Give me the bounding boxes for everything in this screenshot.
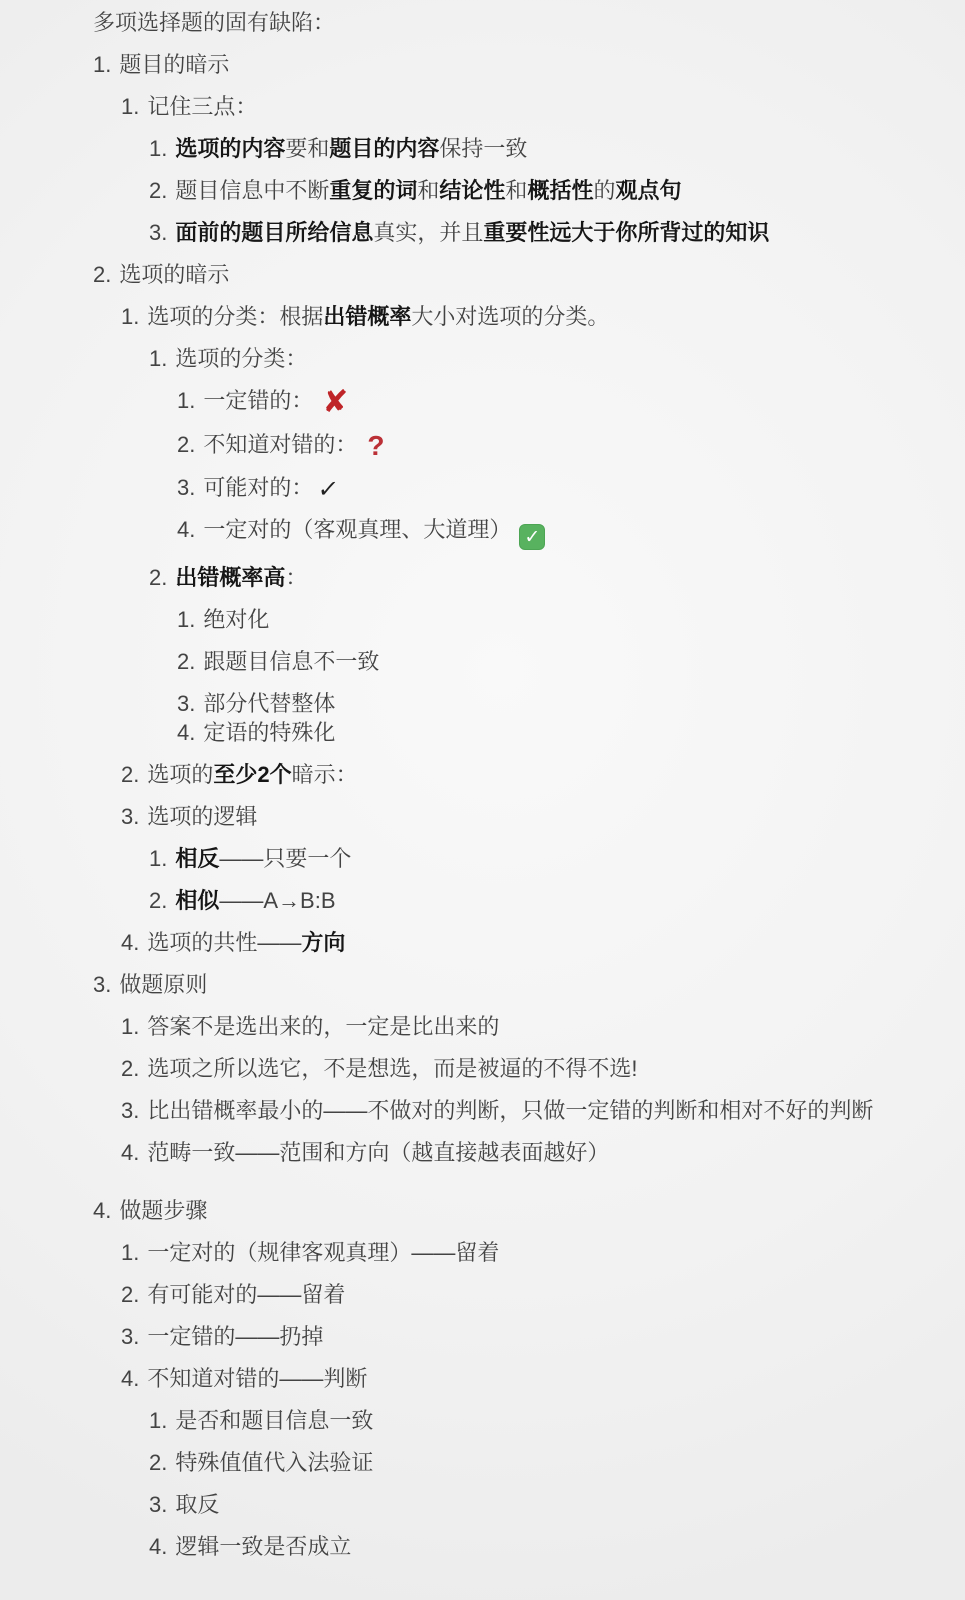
list-item: 1.绝对化 <box>0 605 965 634</box>
list-item-content: 做题原则 <box>119 972 207 997</box>
text-segment: 可能对的： <box>203 475 313 500</box>
list-item-content: 选项的共性——方向 <box>147 930 345 955</box>
bold-text: 方向 <box>301 930 345 955</box>
list-item-content: 选项的至少2个暗示： <box>147 762 357 787</box>
list-item: 4.定语的特殊化 <box>0 718 965 747</box>
bold-text: 选项的内容 <box>175 136 285 161</box>
list-item: 2.不知道对错的：? <box>0 430 965 460</box>
bold-text: 题目的内容 <box>329 136 439 161</box>
list-item: 1.是否和题目信息一致 <box>0 1406 965 1435</box>
list-item-content: 可能对的：✓ <box>203 475 338 500</box>
list-item-content: 一定对的（规律客观真理）——留着 <box>147 1240 499 1265</box>
list-item-content: 比出错概率最小的——不做对的判断，只做一定错的判断和相对不好的判断 <box>147 1098 873 1123</box>
list-item: 3.取反 <box>0 1490 965 1519</box>
list-item-number: 1. <box>177 607 195 632</box>
list-item-number: 2. <box>149 888 167 913</box>
text-segment: 跟题目信息不一致 <box>203 649 379 674</box>
text-segment: 要和 <box>285 136 329 161</box>
list-item-number: 1. <box>149 1408 167 1433</box>
list-item-content: 一定对的（客观真理、大道理）✓ <box>203 517 545 542</box>
text-segment: ——A→B:B <box>219 888 335 913</box>
list-item-number: 1. <box>121 304 139 329</box>
list-item-content: 是否和题目信息一致 <box>175 1408 373 1433</box>
list-item: 2.选项的至少2个暗示： <box>0 760 965 789</box>
list-item-content: 记住三点： <box>147 94 257 119</box>
text-segment: 和 <box>505 178 527 203</box>
list-item-number: 3. <box>121 1098 139 1123</box>
text-segment: 特殊值值代入法验证 <box>175 1450 373 1475</box>
list-item-content: 特殊值值代入法验证 <box>175 1450 373 1475</box>
list-item-number: 4. <box>121 930 139 955</box>
list-item-number: 1. <box>149 846 167 871</box>
text-segment: 是否和题目信息一致 <box>175 1408 373 1433</box>
list-item-content: 一定错的——扔掉 <box>147 1324 323 1349</box>
text-segment: 一定错的： <box>203 388 313 413</box>
list-item-content: 答案不是选出来的，一定是比出来的 <box>147 1014 499 1039</box>
text-segment: 逻辑一致是否成立 <box>175 1534 351 1559</box>
list-item-number: 1. <box>177 388 195 413</box>
bold-text: 结论性 <box>439 178 505 203</box>
list-item: 4.做题步骤 <box>0 1196 965 1225</box>
bold-text: 观点句 <box>615 178 681 203</box>
list-item: 2.选项的暗示 <box>0 260 965 289</box>
bold-text: 重要性远大于你所背过的知识 <box>483 220 769 245</box>
list-item-number: 2. <box>177 649 195 674</box>
list-item: 2.题目信息中不断重复的词和结论性和概括性的观点句 <box>0 176 965 205</box>
bold-text: 重复的词 <box>329 178 417 203</box>
list-item: 3.选项的逻辑 <box>0 802 965 831</box>
text-segment: 部分代替整体 <box>203 691 335 716</box>
list-item: 4.不知道对错的——判断 <box>0 1364 965 1393</box>
document-title: 多项选择题的固有缺陷： <box>0 8 965 37</box>
check-icon: ✓ <box>317 478 340 502</box>
text-segment: 选项的共性—— <box>147 930 301 955</box>
text-segment: ： <box>285 565 307 590</box>
list-item: 2.跟题目信息不一致 <box>0 647 965 676</box>
text-segment: 和 <box>417 178 439 203</box>
text-segment: 绝对化 <box>203 607 269 632</box>
text-segment: 一定对的（规律客观真理）——留着 <box>147 1240 499 1265</box>
list-item-number: 2. <box>149 178 167 203</box>
list-item-number: 3. <box>177 475 195 500</box>
list-item-content: 选项的分类：根据出错概率大小对选项的分类。 <box>147 304 609 329</box>
list-item-number: 4. <box>177 720 195 745</box>
list-item: 1.相反——只要一个 <box>0 844 965 873</box>
list-item-number: 4. <box>121 1140 139 1165</box>
list-item-content: 面前的题目所给信息真实，并且重要性远大于你所背过的知识 <box>175 220 769 245</box>
list-item-number: 2. <box>121 1056 139 1081</box>
text-segment: 选项的 <box>147 762 213 787</box>
list-item-number: 3. <box>121 1324 139 1349</box>
list-item-content: 部分代替整体 <box>203 691 335 716</box>
text-segment: 定语的特殊化 <box>203 720 335 745</box>
text-segment: 题目信息中不断 <box>175 178 329 203</box>
list-item-number: 2. <box>121 762 139 787</box>
text-segment: 范畴一致——范围和方向（越直接越表面越好） <box>147 1140 609 1165</box>
list-item-number: 4. <box>121 1366 139 1391</box>
list-item-number: 2. <box>149 1450 167 1475</box>
bold-text: 至少2个 <box>213 762 291 787</box>
text-segment: 选项的逻辑 <box>147 804 257 829</box>
bold-text: 出错概率高 <box>175 565 285 590</box>
list-item: 3.部分代替整体 <box>0 689 965 718</box>
list-item: 1.选项的分类：根据出错概率大小对选项的分类。 <box>0 302 965 331</box>
list-item-number: 4. <box>177 517 195 542</box>
text-segment: 选项的分类： <box>175 346 307 371</box>
list-item: 3.可能对的：✓ <box>0 473 965 502</box>
list-item-content: 一定错的：✘ <box>203 388 348 413</box>
text-segment: 真实，并且 <box>373 220 483 245</box>
list-item-number: 2. <box>149 565 167 590</box>
list-item: 3.做题原则 <box>0 970 965 999</box>
text-segment: 多项选择题的固有缺陷： <box>93 10 335 35</box>
notes-document: 多项选择题的固有缺陷：1.题目的暗示1.记住三点：1.选项的内容要和题目的内容保… <box>0 0 965 1561</box>
list-item: 4.一定对的（客观真理、大道理）✓ <box>0 515 965 550</box>
list-item: 3.比出错概率最小的——不做对的判断，只做一定错的判断和相对不好的判断 <box>0 1096 965 1125</box>
text-segment: 答案不是选出来的，一定是比出来的 <box>147 1014 499 1039</box>
list-item: 3.一定错的——扔掉 <box>0 1322 965 1351</box>
check-square-icon: ✓ <box>519 524 545 550</box>
list-item-content: 相似——A→B:B <box>175 888 335 913</box>
list-item-content: 不知道对错的——判断 <box>147 1366 367 1391</box>
list-item-number: 2. <box>177 432 195 457</box>
text-segment: 暗示： <box>292 762 358 787</box>
list-item: 1.一定对的（规律客观真理）——留着 <box>0 1238 965 1267</box>
list-item-content: 有可能对的——留着 <box>147 1282 345 1307</box>
question-icon: ? <box>367 432 384 460</box>
list-item-content: 做题步骤 <box>119 1198 207 1223</box>
bold-text: 面前的题目所给信息 <box>175 220 373 245</box>
text-segment: 有可能对的——留着 <box>147 1282 345 1307</box>
text-segment: 记住三点： <box>147 94 257 119</box>
list-item-content: 取反 <box>175 1492 219 1517</box>
document-title-text: 多项选择题的固有缺陷： <box>93 10 335 35</box>
list-item: 2.选项之所以选它，不是想选，而是被逼的不得不选! <box>0 1054 965 1083</box>
list-item-content: 选项的内容要和题目的内容保持一致 <box>175 136 527 161</box>
list-item-content: 跟题目信息不一致 <box>203 649 379 674</box>
text-segment: 保持一致 <box>439 136 527 161</box>
list-item: 4.选项的共性——方向 <box>0 928 965 957</box>
text-segment: 题目的暗示 <box>119 52 229 77</box>
list-item-number: 1. <box>149 136 167 161</box>
list-item-content: 逻辑一致是否成立 <box>175 1534 351 1559</box>
bold-text: 相反 <box>175 846 219 871</box>
list-item-number: 3. <box>93 972 111 997</box>
bold-text: 出错概率 <box>323 304 411 329</box>
text-segment: 做题步骤 <box>119 1198 207 1223</box>
text-segment: 一定错的——扔掉 <box>147 1324 323 1349</box>
bold-text: 概括性 <box>527 178 593 203</box>
list-item-number: 3. <box>149 1492 167 1517</box>
list-item-content: 选项的分类： <box>175 346 307 371</box>
list-item-content: 选项的逻辑 <box>147 804 257 829</box>
list-item-content: 范畴一致——范围和方向（越直接越表面越好） <box>147 1140 609 1165</box>
list-item-content: 选项的暗示 <box>119 262 229 287</box>
text-segment: 的 <box>593 178 615 203</box>
text-segment: 选项之所以选它，不是想选，而是被逼的不得不选! <box>147 1056 637 1081</box>
list-item: 4.逻辑一致是否成立 <box>0 1532 965 1561</box>
list-item: 1.一定错的：✘ <box>0 386 965 417</box>
text-segment: 取反 <box>175 1492 219 1517</box>
list-item-content: 出错概率高： <box>175 565 307 590</box>
list-item: 1.题目的暗示 <box>0 50 965 79</box>
text-segment: 做题原则 <box>119 972 207 997</box>
list-item-number: 2. <box>93 262 111 287</box>
bold-text: 相似 <box>175 888 219 913</box>
list-item-content: 题目信息中不断重复的词和结论性和概括性的观点句 <box>175 178 681 203</box>
list-item-number: 3. <box>149 220 167 245</box>
list-item-number: 4. <box>149 1534 167 1559</box>
list-item: 1.答案不是选出来的，一定是比出来的 <box>0 1012 965 1041</box>
text-segment: ——只要一个 <box>219 846 351 871</box>
list-item-content: 选项之所以选它，不是想选，而是被逼的不得不选! <box>147 1056 637 1081</box>
text-segment: 选项的暗示 <box>119 262 229 287</box>
list-item: 2.特殊值值代入法验证 <box>0 1448 965 1477</box>
text-segment: 比出错概率最小的——不做对的判断，只做一定错的判断和相对不好的判断 <box>147 1098 873 1123</box>
list-item: 3.面前的题目所给信息真实，并且重要性远大于你所背过的知识 <box>0 218 965 247</box>
list-item-content: 定语的特殊化 <box>203 720 335 745</box>
list-item-number: 3. <box>177 691 195 716</box>
list-item-number: 3. <box>121 804 139 829</box>
list-item: 1.选项的内容要和题目的内容保持一致 <box>0 134 965 163</box>
list-item-content: 绝对化 <box>203 607 269 632</box>
list-item-number: 2. <box>121 1282 139 1307</box>
text-segment: 一定对的（客观真理、大道理） <box>203 517 511 542</box>
text-segment: 不知道对错的： <box>203 432 357 457</box>
list-item: 2.有可能对的——留着 <box>0 1280 965 1309</box>
text-segment: 选项的分类：根据 <box>147 304 323 329</box>
list-item-number: 1. <box>121 1014 139 1039</box>
list-item-number: 1. <box>121 1240 139 1265</box>
list-item-number: 1. <box>121 94 139 119</box>
list-item: 1.选项的分类： <box>0 344 965 373</box>
text-segment: 大小对选项的分类。 <box>411 304 609 329</box>
list-item-content: 相反——只要一个 <box>175 846 351 871</box>
text-segment: 不知道对错的——判断 <box>147 1366 367 1391</box>
list-item: 2.相似——A→B:B <box>0 886 965 915</box>
list-item: 2.出错概率高： <box>0 563 965 592</box>
list-item: 4.范畴一致——范围和方向（越直接越表面越好） <box>0 1138 965 1167</box>
cross-icon: ✘ <box>322 386 348 417</box>
list-item-number: 1. <box>93 52 111 77</box>
list-item: 1.记住三点： <box>0 92 965 121</box>
list-item-number: 4. <box>93 1198 111 1223</box>
list-item-content: 不知道对错的：? <box>203 432 384 457</box>
list-item-number: 1. <box>149 346 167 371</box>
list-item-content: 题目的暗示 <box>119 52 229 77</box>
